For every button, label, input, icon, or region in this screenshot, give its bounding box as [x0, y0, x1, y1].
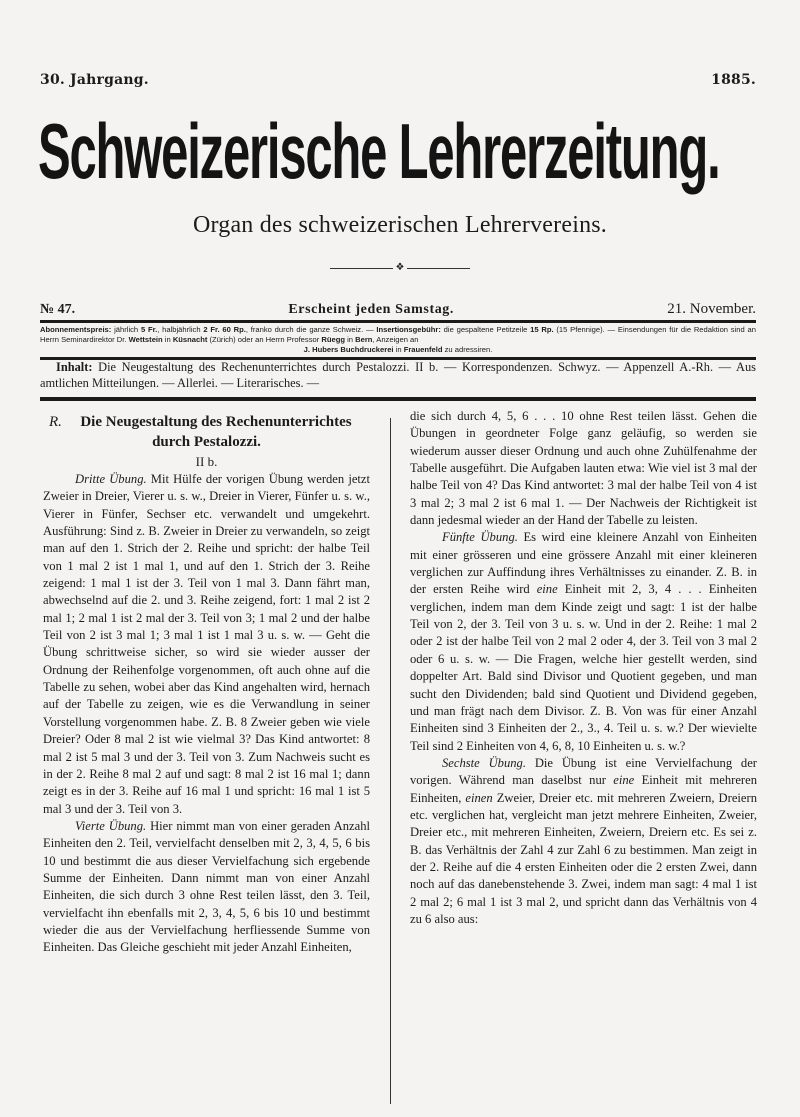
masthead-top-line: 30. Jahrgang. 1885. — [40, 72, 756, 88]
article-column-left: R. Die Neugestaltung des Rechenunterrich… — [43, 408, 370, 957]
article-column-right: die sich durch 4, 5, 6 . . . 10 ohne Res… — [410, 408, 757, 928]
rule-divider — [40, 397, 756, 401]
contents-label: Inhalt: — [56, 360, 93, 374]
publication-frequency: Erscheint jeden Samstag. — [288, 302, 454, 318]
paragraph-fuenfte-uebung: Fünfte Übung. Es wird eine kleinere Anza… — [410, 529, 757, 754]
newspaper-title: Schweizerische Lehrerzeitung. — [38, 104, 760, 202]
article-part: II b. — [43, 452, 370, 471]
issue-date: 21. November. — [667, 301, 756, 318]
paragraph-vierte-uebung: Vierte Übung. Hier nimmt man von einer g… — [43, 818, 370, 957]
article-author: R. — [49, 412, 62, 432]
paragraph-dritte-uebung: Dritte Übung. Mit Hülfe der vorigen Übun… — [43, 471, 370, 818]
newspaper-page: 30. Jahrgang. 1885. Schweizerische Lehre… — [0, 0, 800, 1117]
newspaper-subtitle: Organ des schweizerischen Lehrervereins. — [0, 212, 800, 239]
paragraph-sechste-uebung: Sechste Übung. Die Übung ist eine Vervie… — [410, 755, 757, 928]
volume-label: 30. Jahrgang. — [40, 72, 149, 88]
table-of-contents: Inhalt: Die Neugestaltung des Rechenunte… — [40, 359, 756, 391]
column-divider — [390, 418, 391, 1104]
ornament-divider: ❖ — [330, 263, 470, 273]
article-title: Die Neugestaltung des Rechenunterrichtes… — [80, 414, 351, 450]
ornament-icon: ❖ — [393, 263, 408, 273]
rule-divider — [40, 320, 756, 323]
issue-info-row: № 47. Erscheint jeden Samstag. 21. Novem… — [40, 301, 756, 318]
issue-number: № 47. — [40, 302, 75, 318]
contents-text: Die Neugestaltung des Rechenunterrichtes… — [40, 360, 756, 390]
ornament-line-left — [330, 268, 393, 269]
ornament-line-right — [407, 268, 470, 269]
year-label: 1885. — [711, 72, 756, 88]
subscription-notice: Abonnementspreis: jährlich 5 Fr., halbjä… — [40, 325, 756, 355]
article-heading: R. Die Neugestaltung des Rechenunterrich… — [43, 412, 370, 452]
paragraph-continuation: die sich durch 4, 5, 6 . . . 10 ohne Res… — [410, 408, 757, 529]
